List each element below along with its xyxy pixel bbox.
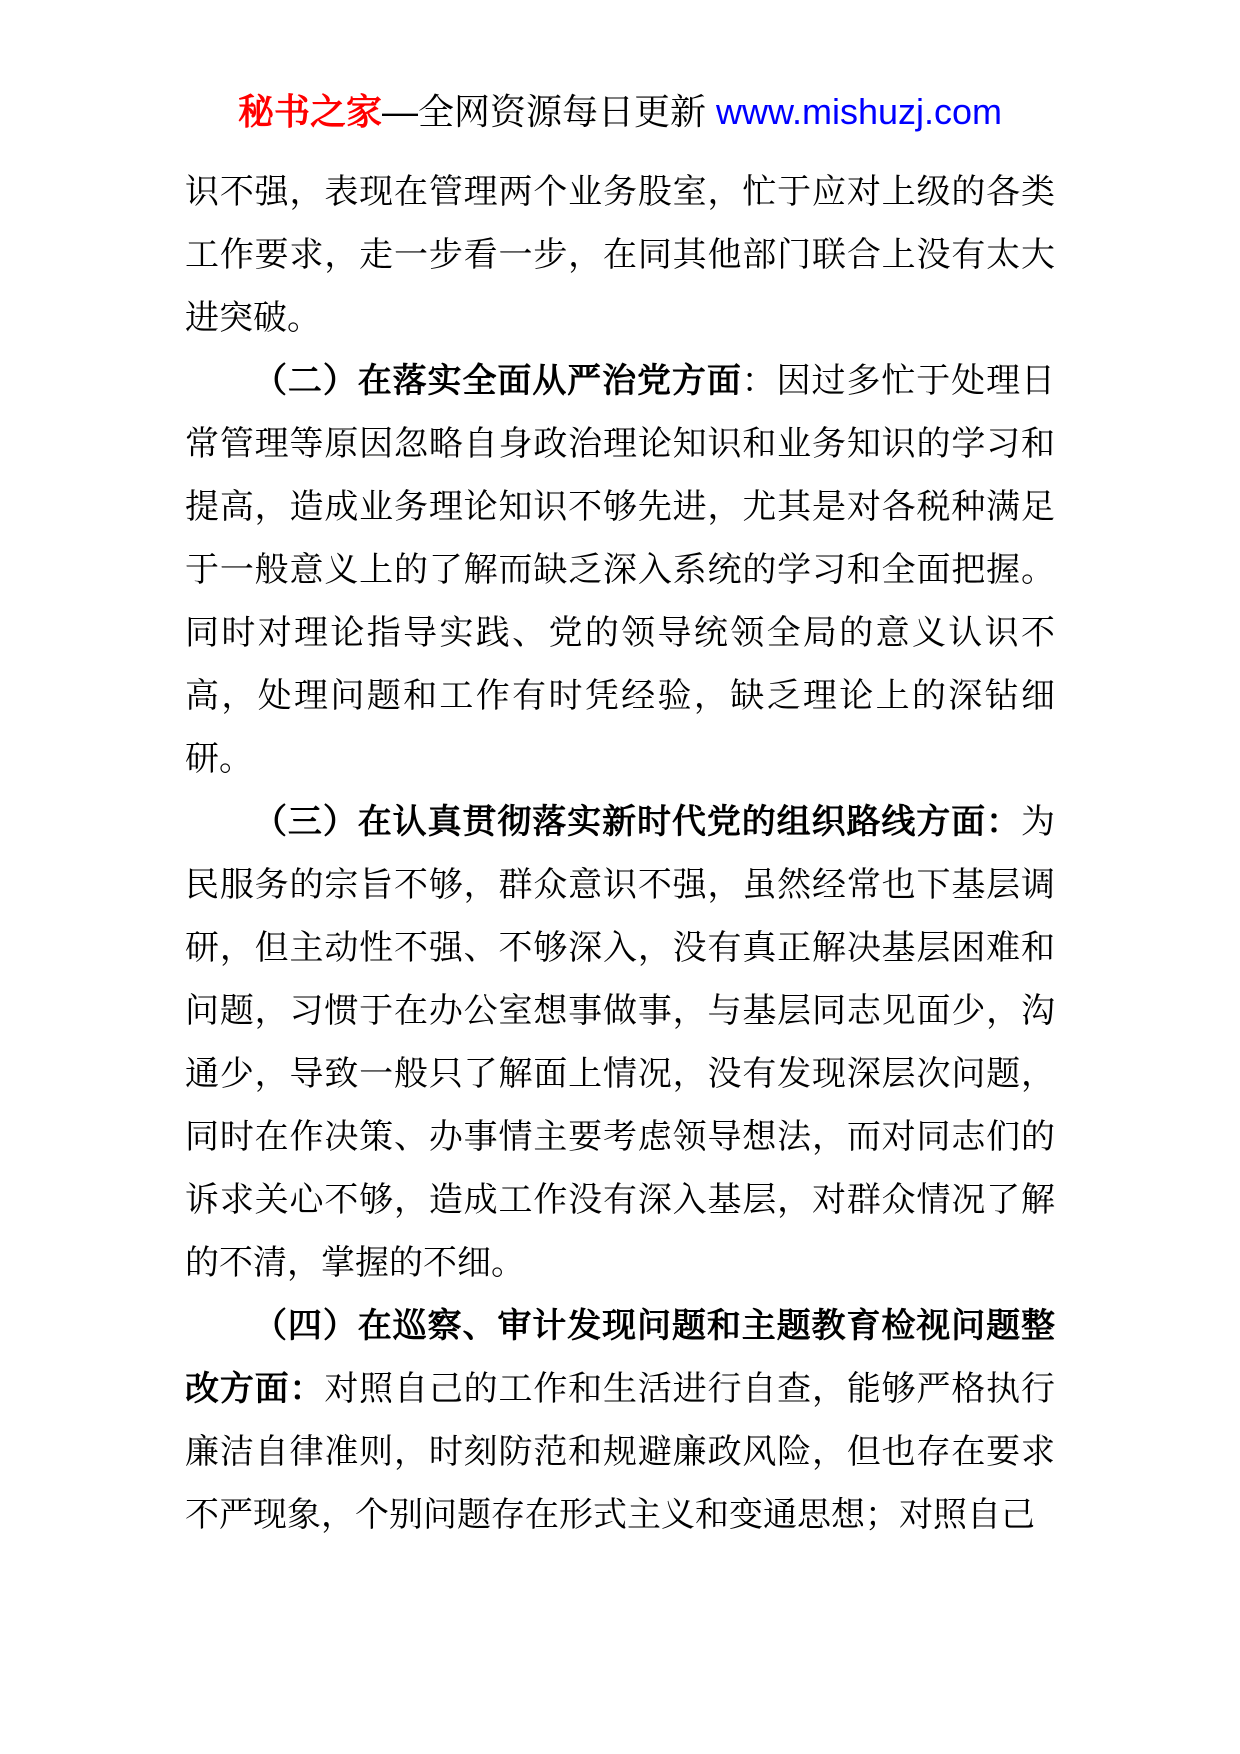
body-paragraph: 识不强，表现在管理两个业务股室，忙于应对上级的各类工作要求，走一步看一步，在同其… xyxy=(185,161,1055,350)
paragraph-heading: （三）在认真贯彻落实新时代党的组织路线方面： xyxy=(253,803,1021,841)
document-body: 识不强，表现在管理两个业务股室，忙于应对上级的各类工作要求，走一步看一步，在同其… xyxy=(185,161,1055,1547)
paragraph-heading: （二）在落实全面从严治党方面 xyxy=(253,362,742,400)
paragraph-text: ：因过多忙于处理日常管理等原因忽略自身政治理论知识和业务知识的学习和提高，造成业… xyxy=(185,362,1055,778)
brand-name: 秘书之家 xyxy=(238,91,382,132)
document-page: 秘书之家—全网资源每日更新 www.mishuzj.com 识不强，表现在管理两… xyxy=(0,0,1240,1754)
site-url-link[interactable]: www.mishuzj.com xyxy=(716,91,1002,132)
page-header: 秘书之家—全网资源每日更新 www.mishuzj.com xyxy=(185,0,1055,133)
body-paragraph: （三）在认真贯彻落实新时代党的组织路线方面：为民服务的宗旨不够，群众意识不强，虽… xyxy=(185,791,1055,1295)
header-tagline: —全网资源每日更新 xyxy=(382,91,716,132)
body-paragraph: （四）在巡察、审计发现问题和主题教育检视问题整改方面：对照自己的工作和生活进行自… xyxy=(185,1295,1055,1547)
body-paragraph: （二）在落实全面从严治党方面：因过多忙于处理日常管理等原因忽略自身政治理论知识和… xyxy=(185,350,1055,791)
paragraph-text: 识不强，表现在管理两个业务股室，忙于应对上级的各类工作要求，走一步看一步，在同其… xyxy=(185,173,1055,337)
paragraph-text: 为民服务的宗旨不够，群众意识不强，虽然经常也下基层调研，但主动性不强、不够深入，… xyxy=(185,803,1055,1282)
